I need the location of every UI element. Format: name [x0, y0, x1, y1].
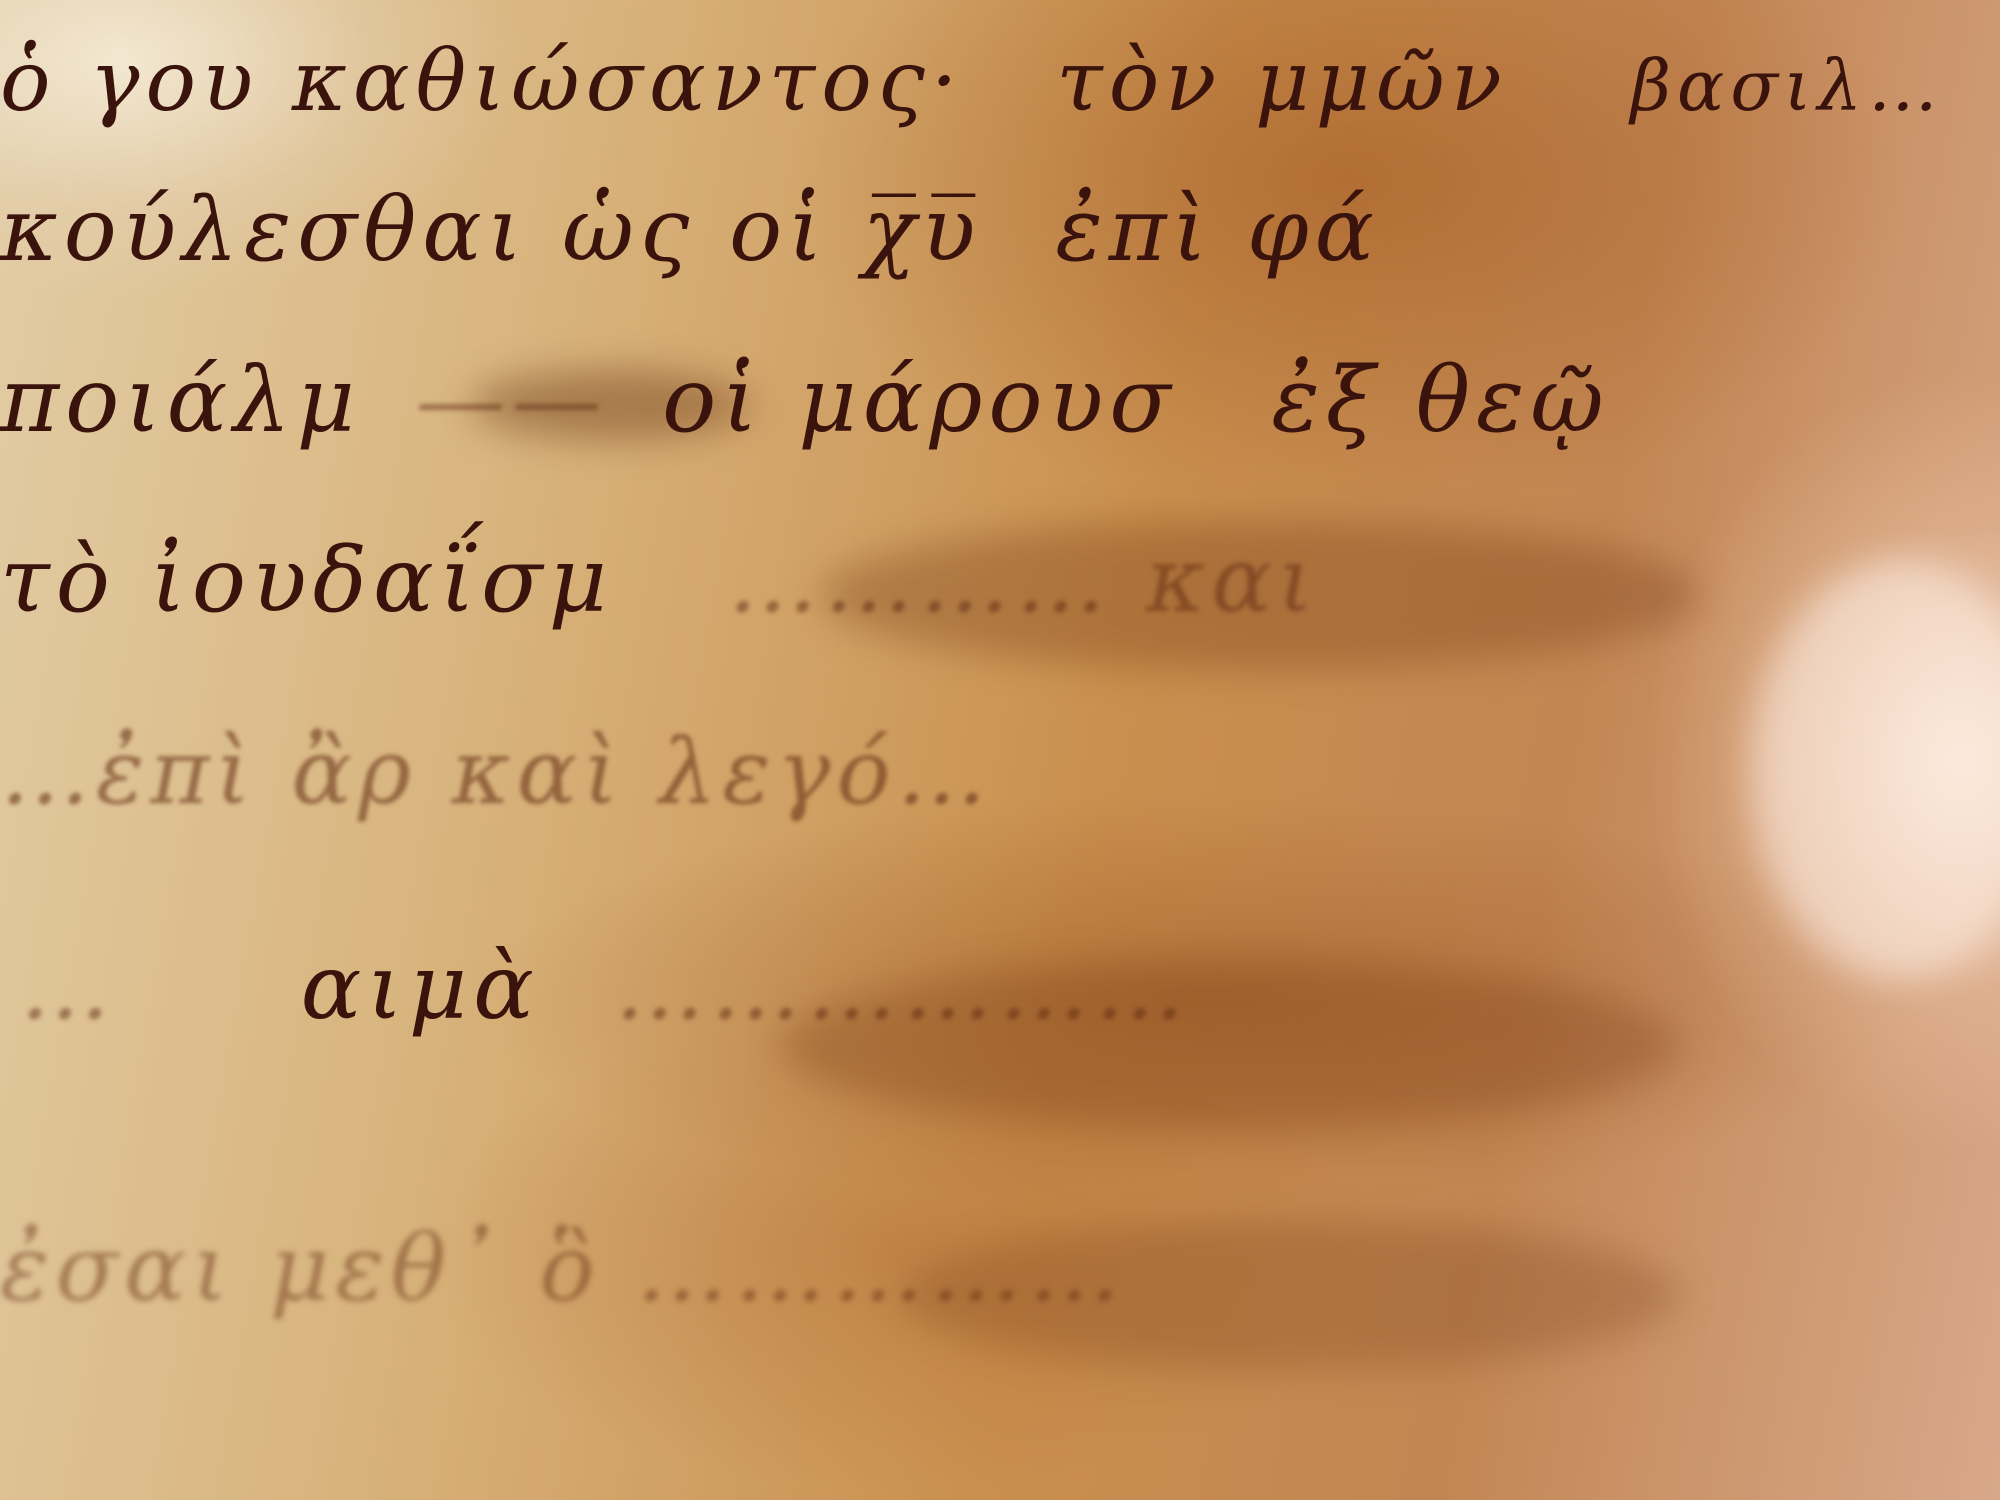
text-segment: τὸν μμῶν [1056, 32, 1508, 130]
text-segment: ποιάλμ [0, 348, 361, 453]
faded-text: ……………… [615, 935, 1191, 1040]
text-segment: τὸ ἰουδαΐσμ [0, 528, 613, 633]
manuscript-line-2: κούλεσθαι ὡς οἱ χ̅υ̅ ἐπὶ φά [0, 178, 1380, 281]
erased-text: —— [416, 348, 608, 453]
light-glare [1750, 560, 2000, 980]
text-segment: ὁ γου καθιώσαντος· [0, 32, 964, 130]
manuscript-line-3: ποιάλμ —— οἱ μάρουσ ἐξ θεῷ [0, 348, 1610, 453]
manuscript-line-4: τὸ ἰουδαΐσμ ………… και [0, 528, 1319, 633]
faded-text: ἐσαι μεθ᾽ ὃ …………… [0, 1215, 1126, 1322]
text-segment: οἱ μάρουσ [662, 348, 1177, 453]
manuscript-line-1: ὁ γου καθιώσαντος· τὸν μμῶν βασιλ… [0, 32, 1944, 130]
faded-text: … [20, 935, 116, 1040]
faded-text: ………… και [728, 528, 1320, 633]
manuscript-line-7: ἐσαι μεθ᾽ ὃ …………… [0, 1215, 1126, 1322]
manuscript-line-5: …ἐπὶ ἂρ καὶ λεγό… [0, 720, 993, 825]
text-segment: ἐπὶ φά [1055, 178, 1380, 281]
manuscript-line-6: … αιμὰ ……………… [0, 935, 1191, 1040]
text-segment: βασιλ… [1631, 45, 1944, 127]
text-segment: κούλεσθαι ὡς οἱ χ̅υ̅ [0, 178, 981, 281]
faded-text: …ἐπὶ ἂρ καὶ λεγό… [0, 720, 993, 825]
text-segment: αιμὰ [301, 935, 540, 1040]
text-segment: ἐξ θεῷ [1271, 348, 1609, 453]
